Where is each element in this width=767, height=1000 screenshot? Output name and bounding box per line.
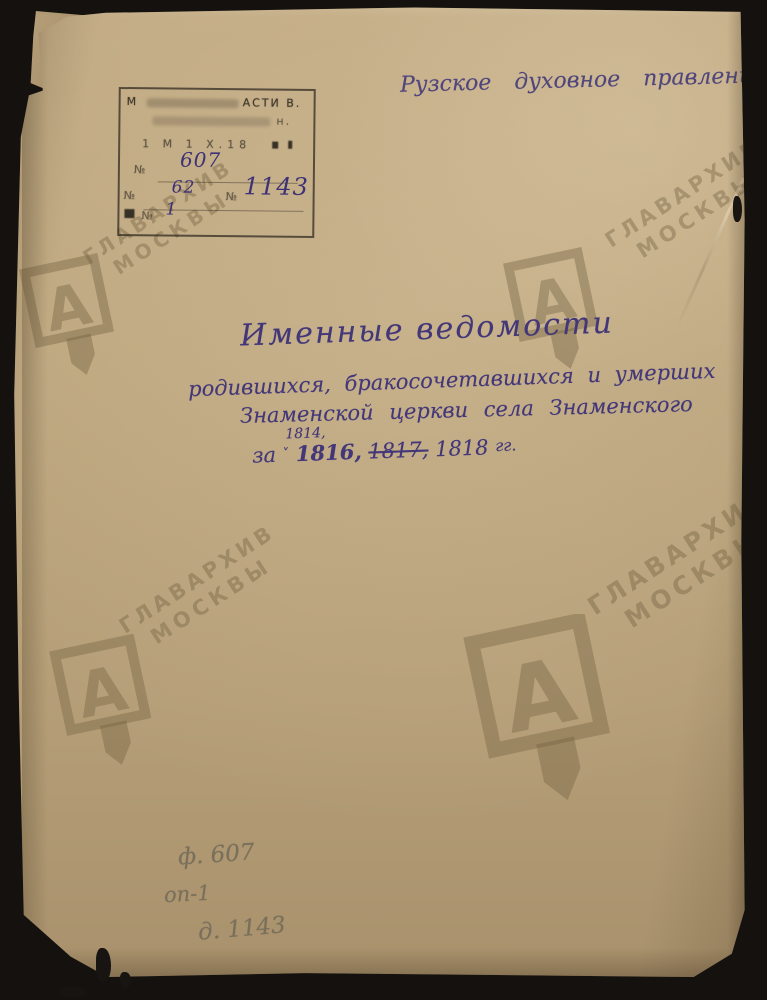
stamp-mark	[124, 209, 134, 218]
years-suffix: гг.	[495, 435, 517, 455]
stamp-extra-number: 1	[165, 199, 177, 219]
left-edge-shadow	[22, 6, 48, 978]
stamp-row4-label: №	[134, 163, 148, 176]
stamp-row1-left: М	[127, 95, 139, 108]
stamp-row5-label2: №	[226, 190, 240, 203]
stamp-illegible-text	[147, 98, 239, 108]
svg-text:А: А	[39, 269, 97, 345]
watermark-stamp: А ГЛАВАРХИВ МОСКВЫ	[432, 496, 762, 836]
stamp-row6-label: №	[141, 209, 155, 222]
tear-spot	[733, 196, 742, 222]
stamp-illegible-text	[152, 116, 270, 126]
title-line3: Знаменской церкви села Знаменского	[240, 392, 693, 428]
stamp-fond-number: 607	[180, 148, 221, 172]
stamp-delo-number: 1143	[244, 172, 309, 201]
tear-spot	[60, 986, 86, 998]
year-1817-struck: 1817,	[368, 437, 429, 463]
page-heading: Рузское духовное правление	[400, 63, 767, 98]
pencil-delo-note: д. 1143	[197, 912, 287, 946]
title-line4-years: за ˅ 1814, 1816, 1817, 1818 гг.	[252, 433, 517, 467]
pencil-opis-note: оп-1	[163, 881, 211, 907]
stamp-mark	[288, 141, 292, 149]
document-cover-paper: А ГЛАВАРХИВ МОСКВЫ А ГЛАВАРХИВ МОСКВЫ	[12, 6, 745, 978]
inserted-year: 1814,	[285, 425, 326, 442]
year-1818: 1818	[435, 435, 489, 461]
stamp-row5-label: №	[124, 189, 138, 202]
stamp-mark	[272, 142, 278, 149]
insertion-caret: ˅	[282, 446, 289, 461]
year-1816: 1816,	[295, 439, 362, 466]
stamp-row1-right: АСТИ В.	[243, 96, 302, 110]
svg-text:А: А	[494, 639, 584, 755]
glavarkhiv-logo-icon: А	[444, 614, 640, 826]
top-edge-highlight	[12, 6, 745, 18]
years-prefix: за	[252, 443, 277, 468]
watermark-stamp: А ГЛАВАРХИВ МОСКВЫ	[30, 526, 290, 806]
archive-registration-stamp: М АСТИ В. н. 1 М 1 Х.18 № 607 № 62 № 114…	[117, 87, 316, 238]
scanned-archive-page: { "document": { "heading_right": "Рузско…	[0, 0, 767, 1000]
tear-spot	[96, 948, 111, 982]
stamp-opis-number: 62	[172, 178, 196, 198]
tear-spot	[120, 972, 131, 988]
pencil-fond-note: ф. 607	[177, 839, 255, 870]
svg-text:А: А	[71, 651, 134, 733]
stamp-row2-fragment: н.	[276, 115, 291, 128]
